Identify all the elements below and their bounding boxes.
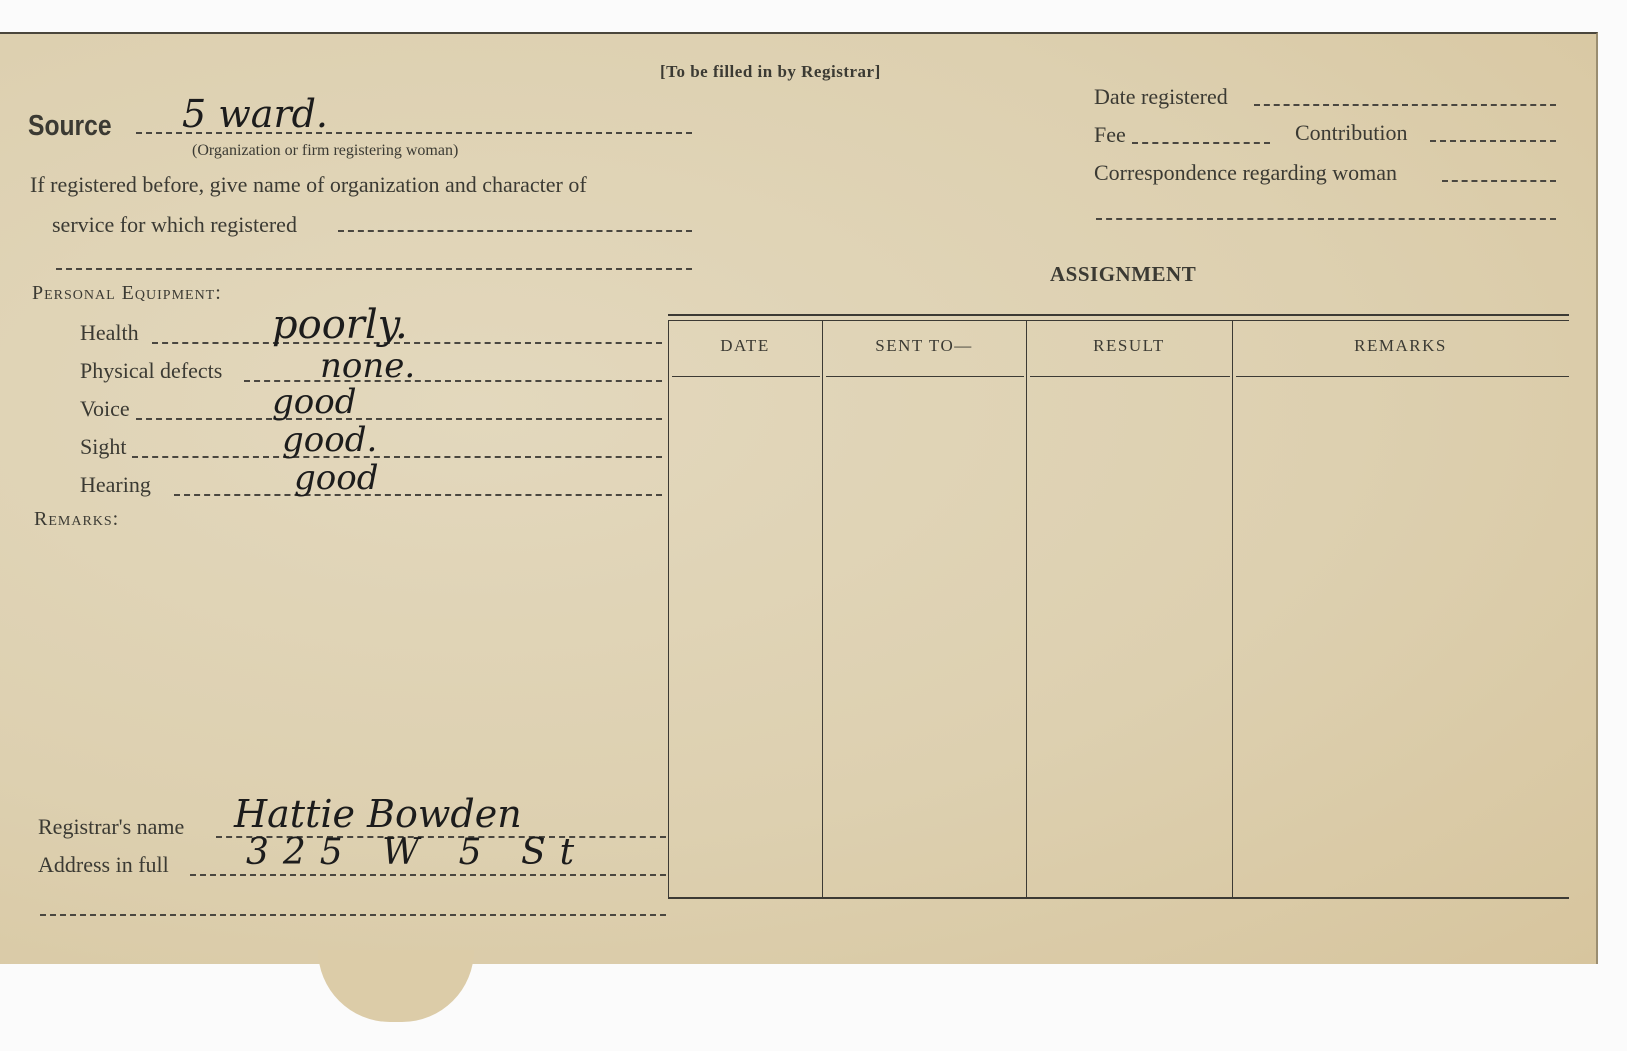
result-cell[interactable] [1028, 380, 1230, 897]
previous-registration-field[interactable] [338, 230, 692, 232]
card-index-tab [318, 950, 474, 1022]
hearing-value: good [294, 458, 378, 498]
physical-defects-value: none. [320, 346, 415, 386]
source-label: Source [28, 110, 112, 143]
registrar-name-value: Hattie Bowden [234, 792, 522, 836]
column-header-result: RESULT [1026, 336, 1232, 356]
address-field[interactable] [190, 874, 666, 876]
correspondence-field-2[interactable] [1096, 218, 1556, 220]
sight-label: Sight [80, 434, 126, 460]
voice-label: Voice [80, 396, 130, 422]
correspondence-label: Correspondence regarding woman [1094, 160, 1397, 186]
correspondence-field[interactable] [1442, 180, 1556, 182]
fee-label: Fee [1094, 122, 1126, 148]
sight-field[interactable] [132, 456, 662, 458]
registration-card: [To be filled in by Registrar] Source 5 … [0, 32, 1598, 964]
hearing-field[interactable] [174, 494, 662, 496]
fee-field[interactable] [1132, 142, 1270, 144]
previous-registration-line1: If registered before, give name of organ… [30, 172, 587, 198]
voice-field[interactable] [136, 418, 662, 420]
previous-registration-line2: service for which registered [52, 212, 297, 238]
assignment-table: DATE SENT TO— RESULT REMARKS [668, 314, 1569, 899]
registrar-note: [To be filled in by Registrar] [660, 62, 881, 82]
address-field-2[interactable] [40, 914, 666, 916]
voice-value: good [272, 382, 356, 422]
address-label: Address in full [38, 852, 169, 878]
date-cell[interactable] [670, 380, 820, 897]
remarks-cell[interactable] [1234, 380, 1567, 897]
remarks-label: Remarks: [34, 508, 119, 531]
date-registered-label: Date registered [1094, 84, 1228, 110]
remarks-area[interactable] [34, 544, 654, 794]
column-header-remarks: REMARKS [1232, 336, 1569, 356]
contribution-field[interactable] [1430, 140, 1556, 142]
personal-equipment-heading: Personal Equipment: [32, 282, 222, 305]
assignment-title: ASSIGNMENT [1050, 262, 1196, 287]
hearing-label: Hearing [80, 472, 151, 498]
registrar-name-label: Registrar's name [38, 814, 184, 840]
health-value: poorly. [272, 302, 408, 348]
contribution-label: Contribution [1295, 120, 1407, 146]
sight-value: good. [282, 420, 377, 460]
physical-defects-label: Physical defects [80, 358, 222, 384]
column-header-sent-to: SENT TO— [822, 336, 1026, 356]
source-caption: (Organization or firm registering woman) [192, 142, 458, 160]
address-value: 325 W 5 St [246, 832, 588, 873]
column-header-date: DATE [668, 336, 822, 356]
previous-registration-field-2[interactable] [56, 268, 692, 270]
source-value: 5 ward. [182, 92, 328, 136]
sent-to-cell[interactable] [824, 380, 1024, 897]
health-label: Health [80, 320, 139, 346]
date-registered-field[interactable] [1254, 104, 1556, 106]
